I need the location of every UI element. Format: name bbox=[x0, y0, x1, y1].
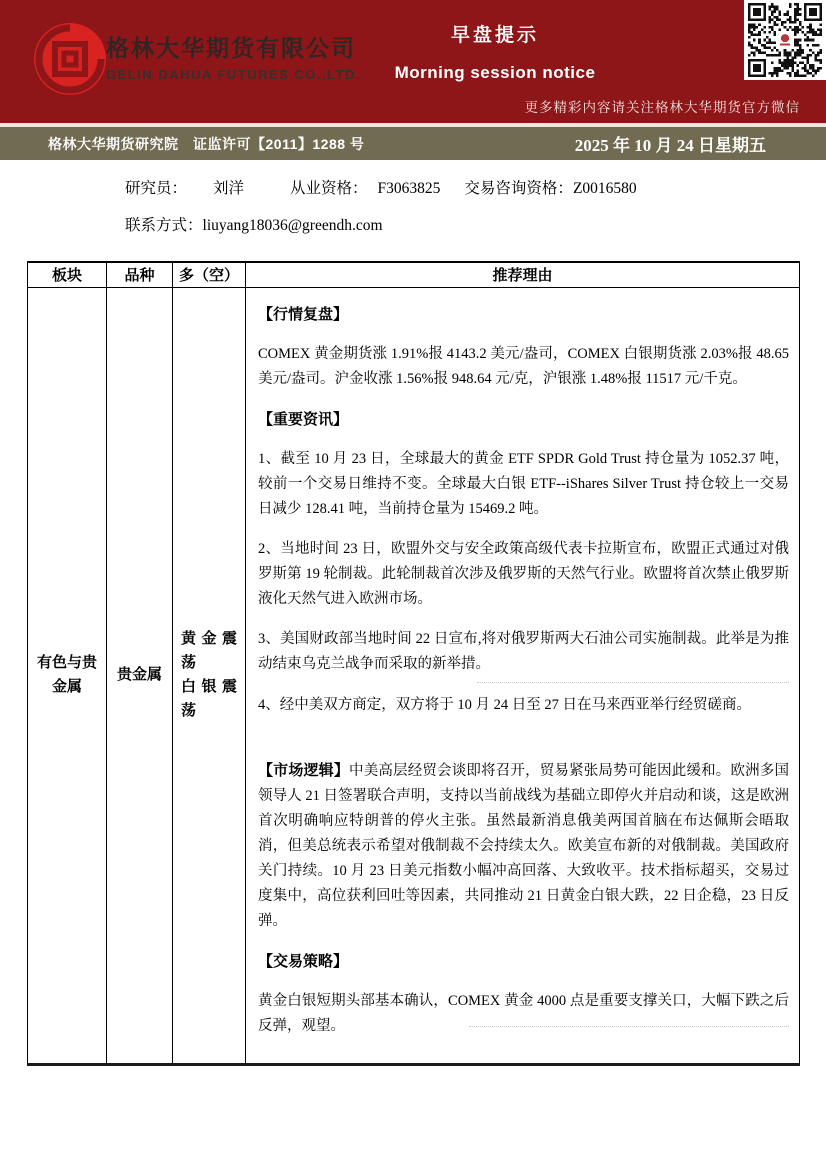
strategy-text: 黄金白银短期头部基本确认，COMEX 黄金 4000 点是重要支撑关口，大幅下跌… bbox=[258, 989, 789, 1039]
advisory-label: 交易咨询资格： bbox=[464, 180, 573, 197]
cert-label: 从业资格： bbox=[290, 180, 368, 197]
cell-position: 黄金震荡 白银震荡 bbox=[173, 287, 246, 1064]
logic-paragraph: 【市场逻辑】中美高层经贸会谈即将召开，贸易紧张局势可能因此缓和。欧洲多国领导人 … bbox=[258, 758, 789, 934]
company-logo-emblem-icon bbox=[33, 22, 107, 96]
researcher-name: 刘洋 bbox=[213, 180, 244, 197]
position-gold: 黄金震荡 bbox=[181, 627, 237, 675]
company-name-en: GELIN DAHUA FUTURES CO.,LTD. bbox=[106, 67, 361, 82]
masthead: 格林大华期货有限公司 GELIN DAHUA FUTURES CO.,LTD. … bbox=[0, 0, 826, 123]
company-names: 格林大华期货有限公司 GELIN DAHUA FUTURES CO.,LTD. bbox=[106, 30, 361, 82]
morning-notice-page: 格林大华期货有限公司 GELIN DAHUA FUTURES CO.,LTD. … bbox=[0, 0, 826, 1169]
researcher-credentials-line: 研究员：刘洋从业资格：F3063825交易咨询资格：Z0016580 bbox=[125, 178, 826, 200]
col-header-position: 多（空） bbox=[173, 262, 246, 287]
news-item-3: 3、美国财政部当地时间 22 日宣布,将对俄罗斯两大石油公司实施制裁。此举是为推… bbox=[258, 627, 789, 677]
dotted-divider bbox=[477, 682, 789, 683]
news-item-4: 4、经中美双方商定，双方将于 10 月 24 日至 27 日在马来西亚举行经贸磋… bbox=[258, 693, 789, 718]
wechat-qr-code-icon bbox=[744, 0, 826, 80]
review-section-label: 【行情复盘】 bbox=[258, 302, 789, 327]
dotted-divider bbox=[469, 1026, 789, 1027]
cert-number: F3063825 bbox=[378, 180, 441, 197]
info-bar: 格林大华期货研究院 证监许可【2011】1288 号 2025 年 10 月 2… bbox=[0, 127, 826, 160]
table-row: 有色与贵金属 贵金属 黄金震荡 白银震荡 【行情复盘】 COMEX 黄金期货涨 … bbox=[28, 287, 800, 1064]
recommendation-table: 板块 品种 多（空） 推荐理由 有色与贵金属 贵金属 黄金震荡 白银震荡 【行情… bbox=[27, 261, 800, 1066]
institute-license: 格林大华期货研究院 证监许可【2011】1288 号 bbox=[48, 134, 364, 154]
notice-title-cn: 早盘提示 bbox=[360, 20, 630, 47]
review-text: COMEX 黄金期货涨 1.91%报 4143.2 美元/盎司，COMEX 白银… bbox=[258, 342, 789, 392]
cell-sector: 有色与贵金属 bbox=[28, 287, 107, 1064]
researcher-contact-line: 联系方式：liuyang18036@greendh.com bbox=[125, 215, 826, 237]
company-name-cn: 格林大华期货有限公司 bbox=[106, 30, 361, 63]
cell-reason: 【行情复盘】 COMEX 黄金期货涨 1.91%报 4143.2 美元/盎司，C… bbox=[246, 287, 800, 1064]
contact-label: 联系方式： bbox=[125, 217, 203, 234]
researcher-info: 研究员：刘洋从业资格：F3063825交易咨询资格：Z0016580 联系方式：… bbox=[125, 178, 826, 237]
col-header-sector: 板块 bbox=[28, 262, 107, 287]
advisory-number: Z0016580 bbox=[573, 180, 637, 197]
document-date: 2025 年 10 月 24 日星期五 bbox=[575, 131, 766, 156]
researcher-role-label: 研究员： bbox=[125, 180, 187, 197]
logic-section-label: 【市场逻辑】 bbox=[258, 762, 349, 779]
col-header-reason: 推荐理由 bbox=[246, 262, 800, 287]
news-section-label: 【重要资讯】 bbox=[258, 407, 789, 432]
table-header-row: 板块 品种 多（空） 推荐理由 bbox=[28, 262, 800, 287]
position-silver: 白银震荡 bbox=[181, 675, 237, 723]
col-header-variety: 品种 bbox=[107, 262, 173, 287]
logic-text: 中美高层经贸会谈即将召开，贸易紧张局势可能因此缓和。欧洲多国领导人 21 日签署… bbox=[258, 763, 789, 929]
contact-email: liuyang18036@greendh.com bbox=[203, 217, 383, 234]
cell-variety: 贵金属 bbox=[107, 287, 173, 1064]
notice-title-en: Morning session notice bbox=[360, 63, 630, 83]
news-item-2: 2、当地时间 23 日，欧盟外交与安全政策高级代表卡拉斯宣布，欧盟正式通过对俄罗… bbox=[258, 537, 789, 612]
strategy-section-label: 【交易策略】 bbox=[258, 949, 789, 974]
wechat-follow-note: 更多精彩内容请关注格林大华期货官方微信 bbox=[525, 96, 801, 116]
notice-titles: 早盘提示 Morning session notice bbox=[360, 20, 630, 83]
news-item-1: 1、截至 10 月 23 日，全球最大的黄金 ETF SPDR Gold Tru… bbox=[258, 447, 789, 522]
